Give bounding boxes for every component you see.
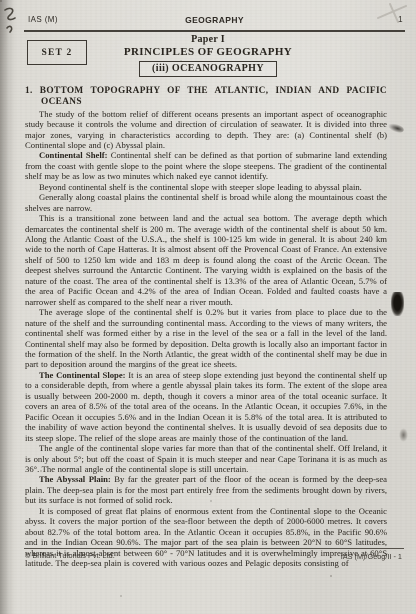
header-subject-title: GEOGRAPHY [24,15,405,25]
paragraph: The study of the bottom relief of differ… [25,109,387,151]
paragraph: Beyond continental shelf is the continen… [25,182,387,192]
paragraph: This is a transitional zone between land… [25,213,387,307]
header-page-number: 1 [398,15,403,24]
paragraph-text: It is an area of steep slope extending j… [25,370,387,443]
footer-copyright: © Brilliant Tutorials Pvt. Ltd. [25,551,115,560]
section-number: 1. [25,86,33,96]
paragraph: Generally along coastal plains the conti… [25,192,387,213]
ink-mark-right-margin [387,122,405,135]
section-heading-text: BOTTOM TOPOGRAPHY OF THE ATLANTIC, INDIA… [40,86,387,107]
paragraph-text: Generally along coastal plains the conti… [25,192,387,212]
document-body: 1. BOTTOM TOPOGRAPHY OF THE ATLANTIC, IN… [25,86,387,569]
masthead: Paper I PRINCIPLES OF GEOGRAPHY (iii) OC… [0,34,416,77]
paragraph: The average slope of the continental she… [25,307,387,370]
paragraph-lead: The Abyssal Plain: [39,474,111,484]
scan-speckles [0,0,2,2]
handwritten-mark [1,4,21,38]
footer-rule [24,548,404,549]
paragraph-text: This is a transitional zone between land… [25,213,387,307]
paragraph: The Abyssal Plain: By far the greater pa… [25,474,387,505]
oceanography-section-box: (iii) OCEANOGRAPHY [139,61,277,77]
paragraph-text: The study of the bottom relief of differ… [25,109,387,150]
ink-smudge-right [391,292,404,316]
paper-title: Paper I [0,34,416,45]
paragraph-text: The angle of the continental slope varie… [25,443,387,474]
footer-document-code: IAS (M)/Geog/II - 1 [341,552,402,561]
subject-title: PRINCIPLES OF GEOGRAPHY [0,46,416,58]
paragraph-text: The average slope of the continental she… [25,307,387,369]
page-header: IAS (M) GEOGRAPHY 1 [24,14,405,32]
paragraph-text: Beyond continental shelf is the continen… [39,182,362,192]
page-footer: © Brilliant Tutorials Pvt. Ltd. IAS (M)/… [24,551,404,563]
paragraph: The angle of the continental slope varie… [25,443,387,474]
paragraph: Continental Shelf: Continental shelf can… [25,150,387,181]
paragraph-lead: Continental Shelf: [39,150,107,160]
paragraph: The Continental Slope: It is an area of … [25,370,387,443]
paragraph-lead: The Continental Slope: [39,370,126,380]
scanned-page: IAS (M) GEOGRAPHY 1 SET 2 Paper I PRINCI… [0,0,416,614]
ink-smudge-right-lower [399,428,408,442]
section-heading: 1. BOTTOM TOPOGRAPHY OF THE ATLANTIC, IN… [25,86,387,108]
scan-edge-shadow [0,0,16,614]
